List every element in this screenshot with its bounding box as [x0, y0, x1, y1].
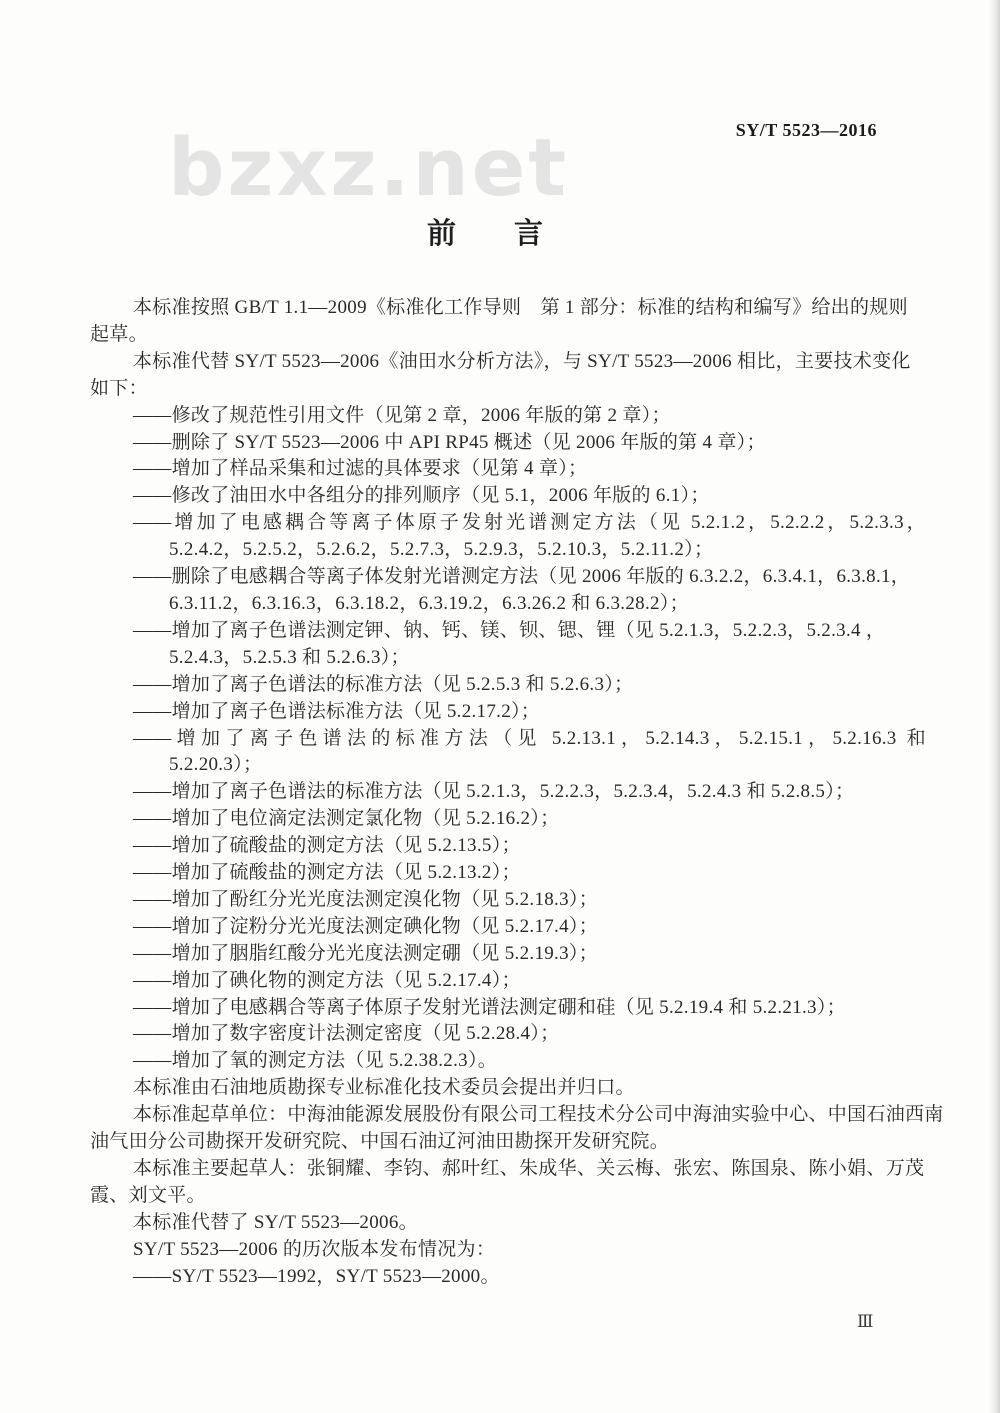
text-line: 如下： — [90, 376, 926, 403]
text-line: ——增加了碘化物的测定方法（见 5.2.17.4）； — [90, 968, 926, 995]
text-line: ——增加了样品采集和过滤的具体要求（见第 4 章）； — [90, 456, 926, 483]
text-line: ——增加了硫酸盐的测定方法（见 5.2.13.2）； — [90, 860, 926, 887]
text-line: ——删除了 SY/T 5523—2006 中 API RP45 概述（见 200… — [90, 430, 926, 457]
text-line: 本标准代替了 SY/T 5523—2006。 — [90, 1210, 926, 1237]
text-line: 起草。 — [90, 322, 926, 349]
text-line: ——增加了离子色谱法标准方法（见 5.2.17.2）； — [90, 699, 926, 726]
text-line: ——增加了离子色谱法的标准方法（见 5.2.1.3，5.2.2.3，5.2.3.… — [90, 779, 926, 806]
text-line: ——增加了淀粉分光光度法测定碘化物（见 5.2.17.4）； — [90, 914, 926, 941]
text-line: 本标准起草单位：中海油能源发展股份有限公司工程技术分公司中海油实验中心、中国石油… — [90, 1102, 926, 1129]
watermark-text: bzxz.net — [168, 122, 569, 214]
document-page: bzxz.net SY/T 5523—2016 前 言 本标准按照 GB/T 1… — [0, 0, 1000, 1413]
foreword-body: 本标准按照 GB/T 1.1—2009《标准化工作导则 第 1 部分：标准的结构… — [90, 295, 926, 1291]
text-line: ——增加了氧的测定方法（见 5.2.38.2.3）。 — [90, 1048, 926, 1075]
text-line: 5.2.4.2，5.2.5.2，5.2.6.2，5.2.7.3，5.2.9.3，… — [90, 537, 926, 564]
text-line: SY/T 5523—2006 的历次版本发布情况为： — [90, 1237, 926, 1264]
text-line: ——删除了电感耦合等离子体发射光谱测定方法（见 2006 年版的 6.3.2.2… — [90, 564, 926, 591]
text-line: ——修改了规范性引用文件（见第 2 章，2006 年版的第 2 章）； — [90, 403, 926, 430]
text-line: 霞、刘文平。 — [90, 1183, 926, 1210]
page-number: Ⅲ — [857, 1312, 873, 1332]
text-line: ——增加了硫酸盐的测定方法（见 5.2.13.5）； — [90, 833, 926, 860]
text-line: 6.3.11.2，6.3.16.3，6.3.18.2，6.3.19.2，6.3.… — [90, 591, 926, 618]
text-line: 油气田分公司勘探开发研究院、中国石油辽河油田勘探开发研究院。 — [90, 1129, 926, 1156]
text-line: ——增加了电位滴定法测定氯化物（见 5.2.16.2）； — [90, 806, 926, 833]
text-line: 本标准按照 GB/T 1.1—2009《标准化工作导则 第 1 部分：标准的结构… — [90, 295, 926, 322]
standard-code-header: SY/T 5523—2016 — [736, 120, 877, 141]
text-line: ——增加了离子色谱法的标准方法（见 5.2.13.1，5.2.14.3，5.2.… — [90, 726, 926, 753]
text-line: ——增加了电感耦合等离子体原子发射光谱法测定硼和硅（见 5.2.19.4 和 5… — [90, 995, 926, 1022]
text-line: ——增加了电感耦合等离子体原子发射光谱测定方法（见 5.2.1.2，5.2.2.… — [90, 510, 926, 537]
text-line: ——增加了离子色谱法测定钾、钠、钙、镁、钡、锶、锂（见 5.2.1.3，5.2.… — [90, 618, 926, 645]
foreword-title-row: 前 言 — [0, 211, 1000, 252]
text-line: 本标准代替 SY/T 5523—2006《油田水分析方法》，与 SY/T 552… — [90, 349, 926, 376]
scan-edge-shadow — [988, 0, 1000, 1413]
text-line: 5.2.20.3）； — [90, 752, 926, 779]
text-line: 本标准主要起草人：张铜耀、李钧、郝叶红、朱成华、关云梅、张宏、陈国泉、陈小娟、万… — [90, 1156, 926, 1183]
text-line: ——增加了酚红分光光度法测定溴化物（见 5.2.18.3）； — [90, 887, 926, 914]
text-line: ——SY/T 5523—1992，SY/T 5523—2000。 — [90, 1264, 926, 1291]
text-line: ——修改了油田水中各组分的排列顺序（见 5.1，2006 年版的 6.1）； — [90, 483, 926, 510]
text-line: 5.2.4.3，5.2.5.3 和 5.2.6.3）； — [90, 645, 926, 672]
text-line: 本标准由石油地质勘探专业标准化技术委员会提出并归口。 — [90, 1075, 926, 1102]
text-line: ——增加了胭脂红酸分光光度法测定硼（见 5.2.19.3）； — [90, 941, 926, 968]
text-line: ——增加了离子色谱法的标准方法（见 5.2.5.3 和 5.2.6.3）； — [90, 672, 926, 699]
foreword-title: 前 言 — [427, 218, 543, 250]
text-line: ——增加了数字密度计法测定密度（见 5.2.28.4）； — [90, 1021, 926, 1048]
